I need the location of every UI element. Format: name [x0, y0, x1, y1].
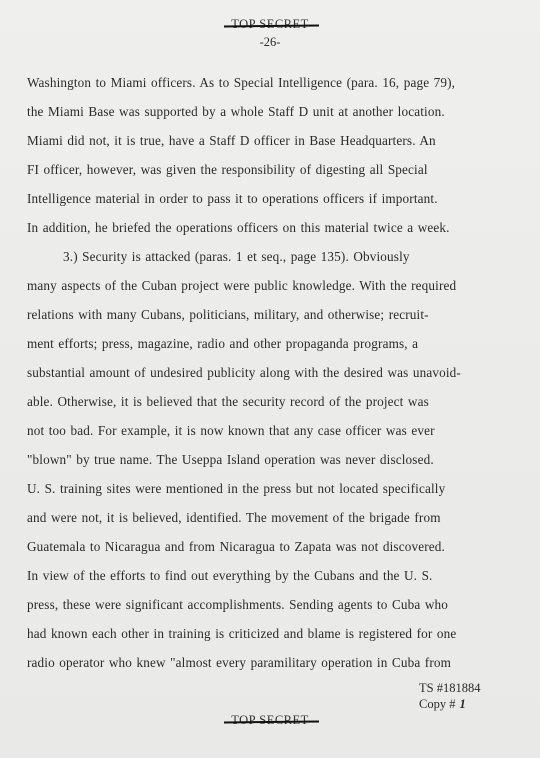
classification-marking-bottom: TOP SECRET: [0, 713, 540, 728]
text-line: able. Otherwise, it is believed that the…: [27, 389, 527, 418]
text-line: In view of the efforts to find out every…: [27, 563, 527, 592]
document-page: TOP SECRET -26- Washington to Miami offi…: [0, 0, 540, 758]
document-body: Washington to Miami officers. As to Spec…: [27, 70, 527, 679]
text-line: ment efforts; press, magazine, radio and…: [27, 331, 527, 360]
text-line: Guatemala to Nicaragua and from Nicaragu…: [27, 534, 527, 563]
copy-label: Copy #: [419, 697, 455, 711]
document-control-block: TS #181884 Copy #1: [419, 680, 480, 712]
text-line: many aspects of the Cuban project were p…: [27, 273, 527, 302]
copy-number: 1: [455, 697, 465, 711]
control-number: TS #181884: [419, 680, 480, 696]
text-line: "blown" by true name. The Useppa Island …: [27, 447, 527, 476]
page-number: -26-: [0, 35, 540, 50]
text-line: U. S. training sites were mentioned in t…: [27, 476, 527, 505]
text-line: had known each other in training is crit…: [27, 621, 527, 650]
text-line: In addition, he briefed the operations o…: [27, 215, 527, 244]
text-line: Washington to Miami officers. As to Spec…: [27, 70, 527, 99]
text-line: substantial amount of undesired publicit…: [27, 360, 527, 389]
text-line-indented: 3.) Security is attacked (paras. 1 et se…: [27, 244, 527, 273]
copy-line: Copy #1: [419, 696, 480, 712]
text-line: Miami did not, it is true, have a Staff …: [27, 128, 527, 157]
text-line: and were not, it is believed, identified…: [27, 505, 527, 534]
text-line: relations with many Cubans, politicians,…: [27, 302, 527, 331]
text-line: not too bad. For example, it is now know…: [27, 418, 527, 447]
text-line: FI officer, however, was given the respo…: [27, 157, 527, 186]
classification-bottom-text: TOP SECRET: [227, 713, 313, 728]
classification-marking-top: TOP SECRET: [0, 17, 540, 32]
text-line: press, these were significant accomplish…: [27, 592, 527, 621]
text-line: the Miami Base was supported by a whole …: [27, 99, 527, 128]
text-line: radio operator who knew "almost every pa…: [27, 650, 527, 679]
text-line: Intelligence material in order to pass i…: [27, 186, 527, 215]
classification-top-text: TOP SECRET: [227, 17, 313, 32]
